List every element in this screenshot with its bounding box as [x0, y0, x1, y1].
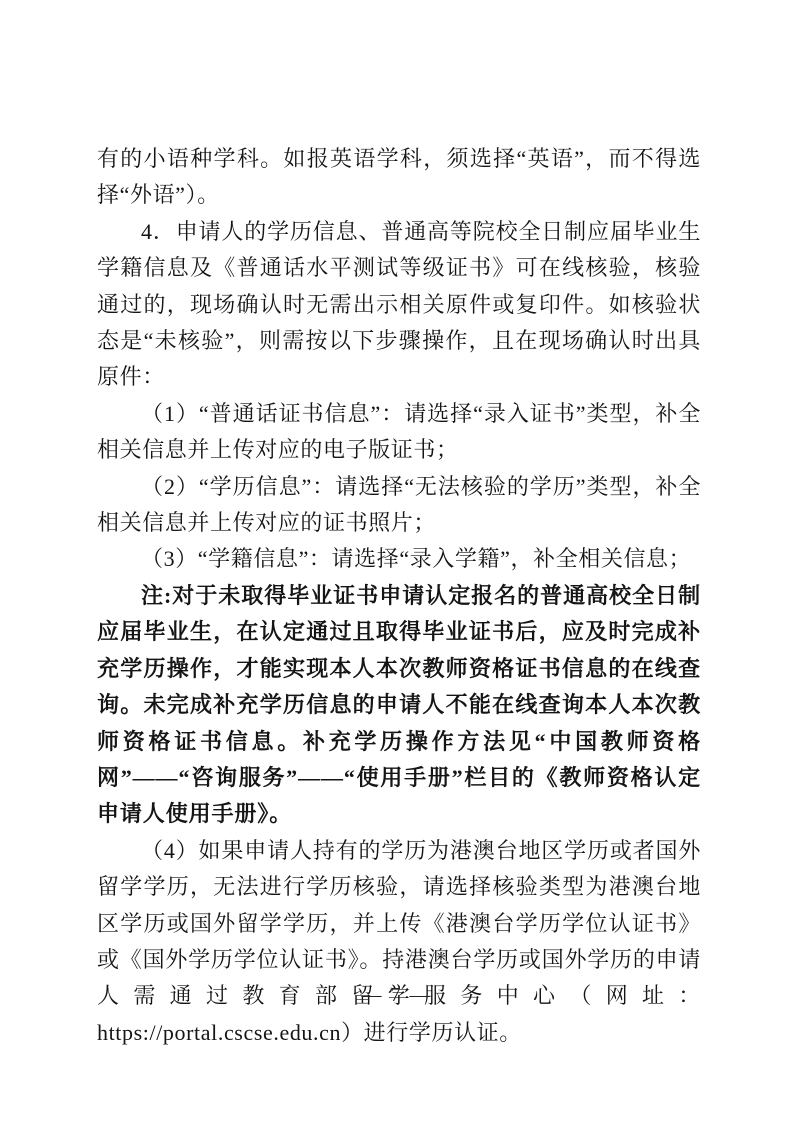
page-number: — 7 —: [0, 984, 793, 1007]
paragraph-bold-note: 注:对于未取得毕业证书申请认定报名的普通高校全日制应届毕业生，在认定通过且取得毕…: [97, 578, 701, 833]
paragraph-continuation: 有的小语种学科。如报英语学科，须选择“英语”，而不得选择“外语”）。: [97, 141, 701, 214]
paragraph-step-3: （3）“学籍信息”：请选择“录入学籍”，补全相关信息；: [97, 541, 701, 577]
paragraph-step-1: （1）“普通话证书信息”：请选择“录入证书”类型，补全相关信息并上传对应的电子版…: [97, 396, 701, 469]
paragraph-step-4: （4）如果申请人持有的学历为港澳台地区学历或者国外留学学历，无法进行学历核验，请…: [97, 833, 701, 1051]
paragraph-step-2: （2）“学历信息”：请选择“无法核验的学历”类型，补全相关信息并上传对应的证书照…: [97, 469, 701, 542]
document-body: 有的小语种学科。如报英语学科，须选择“英语”，而不得选择“外语”）。 4．申请人…: [97, 141, 701, 1051]
paragraph-item-4: 4．申请人的学历信息、普通高等院校全日制应届毕业生学籍信息及《普通话水平测试等级…: [97, 214, 701, 396]
document-page: 有的小语种学科。如报英语学科，须选择“英语”，而不得选择“外语”）。 4．申请人…: [0, 0, 793, 1122]
